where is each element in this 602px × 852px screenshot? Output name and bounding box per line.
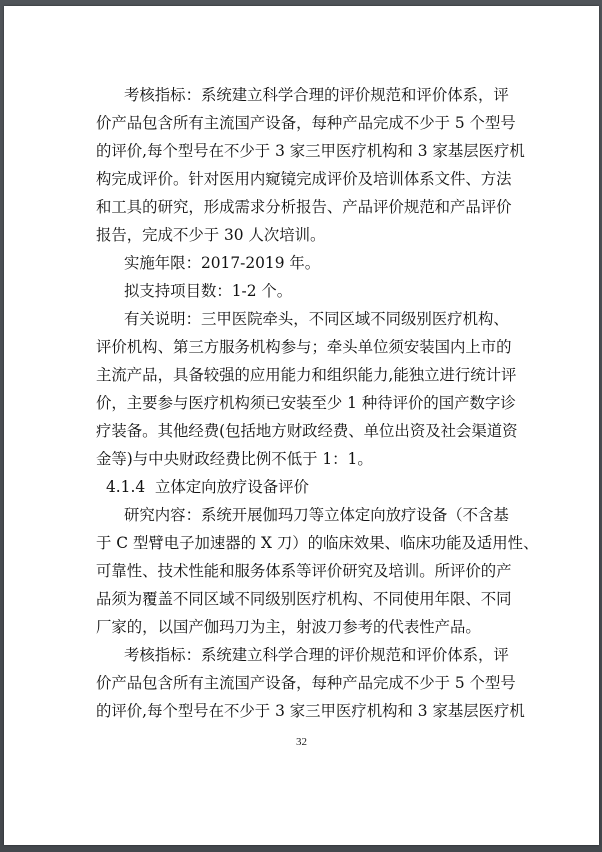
paragraph-notes-line-2: 评价机构、第三方服务机构参与；牵头单位须安装国内上市的	[96, 335, 508, 359]
paragraph-notes-line-1: 有关说明：三甲医院牵头，不同区域不同级别医疗机构、	[124, 307, 508, 331]
paragraph-assessment-line-5: 和工具的研究，形成需求分析报告、产品评价规范和产品评价	[96, 195, 508, 219]
section-title: 立体定向放疗设备评价	[155, 478, 309, 496]
section-number: 4.1.4	[106, 478, 145, 496]
document-viewer[interactable]: 考核指标：系统建立科学合理的评价规范和评价体系，评 价产品包含所有主流国产设备，…	[0, 0, 602, 852]
paragraph-assessment-line-4: 构完成评价。针对医用内窥镜完成评价及培训体系文件、方法	[96, 167, 508, 191]
paragraph-research-line-2: 于 C 型臂电子加速器的 X 刀）的临床效果、临床功能及适用性、	[96, 531, 508, 555]
paragraph-assessment-line-3: 的评价,每个型号在不少于 3 家三甲医疗机构和 3 家基层医疗机	[96, 139, 508, 163]
paragraph-research-line-5: 厂家的，以国产伽玛刀为主，射波刀参考的代表性产品。	[96, 615, 508, 639]
paragraph-assessment2-line-2: 价产品包含所有主流国产设备，每种产品完成不少于 5 个型号	[96, 671, 508, 695]
paragraph-research-line-3: 可靠性、技术性能和服务体系等评价研究及培训。所评价的产	[96, 559, 508, 583]
document-page: 考核指标：系统建立科学合理的评价规范和评价体系，评 价产品包含所有主流国产设备，…	[4, 6, 599, 845]
paragraph-research-line-4: 品须为覆盖不同区域不同级别医疗机构、不同使用年限、不同	[96, 587, 508, 611]
paragraph-assessment-line-2: 价产品包含所有主流国产设备，每种产品完成不少于 5 个型号	[96, 111, 508, 135]
paragraph-assessment2-line-3: 的评价,每个型号在不少于 3 家三甲医疗机构和 3 家基层医疗机	[96, 699, 508, 723]
paragraph-research-line-1: 研究内容：系统开展伽玛刀等立体定向放疗设备（不含基	[124, 503, 508, 527]
paragraph-assessment-line-6: 报告，完成不少于 30 人次培训。	[96, 223, 508, 247]
page-number: 32	[4, 736, 599, 748]
section-heading: 4.1.4 立体定向放疗设备评价	[106, 475, 406, 499]
project-count: 拟支持项目数：1-2 个。	[124, 279, 508, 303]
paragraph-assessment2-line-1: 考核指标：系统建立科学合理的评价规范和评价体系，评	[124, 643, 508, 667]
paragraph-notes-line-4: 价，主要参与医疗机构须已安装至少 1 种待评价的国产数字诊	[96, 391, 508, 415]
paragraph-assessment-line-1: 考核指标：系统建立科学合理的评价规范和评价体系，评	[124, 83, 508, 107]
paragraph-notes-line-5: 疗装备。其他经费(包括地方财政经费、单位出资及社会渠道资	[96, 419, 508, 443]
paragraph-notes-line-3: 主流产品，具备较强的应用能力和组织能力,能独立进行统计评	[96, 363, 508, 387]
paragraph-notes-line-6: 金等)与中央财政经费比例不低于 1：1。	[96, 447, 508, 471]
implementation-period: 实施年限：2017-2019 年。	[124, 251, 508, 275]
